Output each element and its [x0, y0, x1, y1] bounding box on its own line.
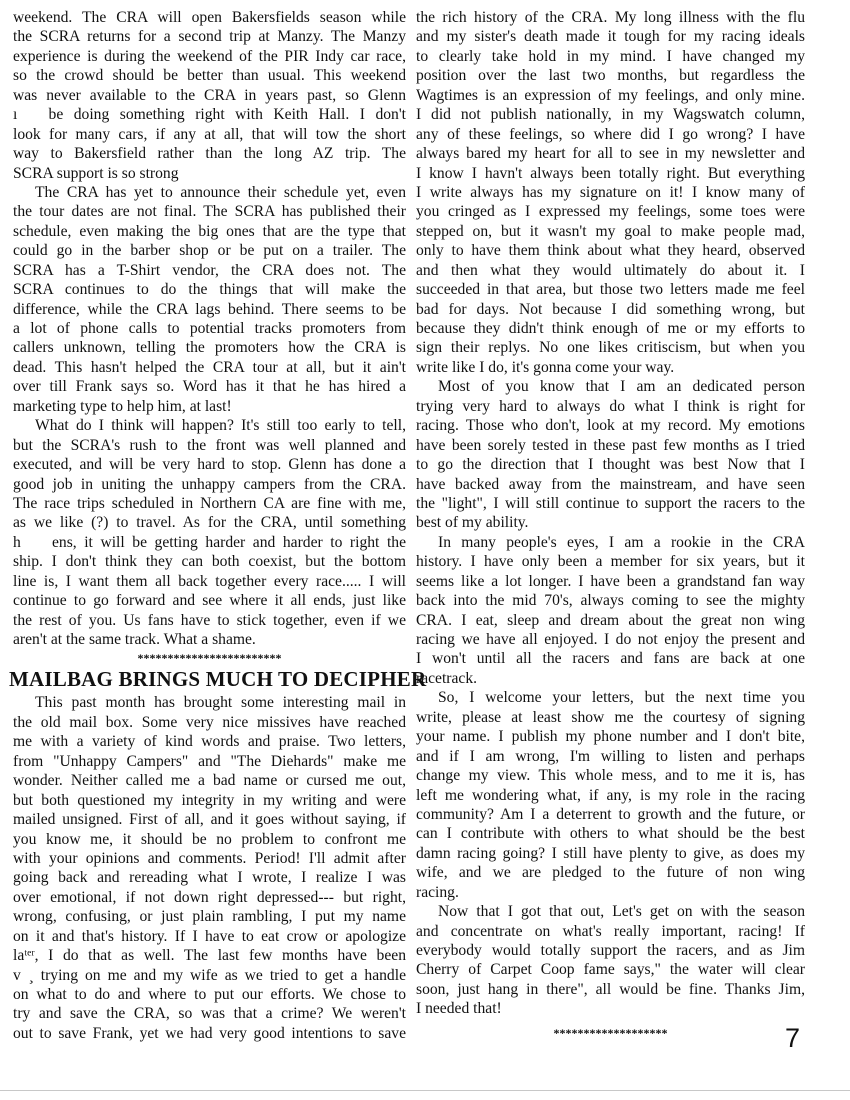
text-line: look for many cars, if any at all, that …	[13, 125, 406, 144]
text-line: difference, while the CRA lags behind. T…	[13, 300, 406, 319]
text-line: position over the last two months, but r…	[416, 66, 805, 85]
text-line: over till Frank says so. Word has it tha…	[13, 377, 406, 396]
text-line: racing. Those who don't, look at my reco…	[416, 416, 805, 435]
text-line: callers unknown, telling the promoters h…	[13, 338, 406, 357]
text-line: marketing type to help him, at last!	[13, 397, 406, 416]
text-line: and concentrate on what's really importa…	[416, 922, 805, 941]
text-line: wife, and we are pledged to the future o…	[416, 863, 805, 882]
text-line: Most of you know that I am an dedicated …	[416, 377, 805, 396]
right-column: the rich history of the CRA. My long ill…	[416, 8, 805, 1042]
text-line: soon, just hang in there", all would be …	[416, 980, 805, 999]
text-line: trying very hard to always do what I thi…	[416, 397, 805, 416]
text-line: the old mail box. Some very nice missive…	[13, 713, 406, 732]
text-line: out to save Frank, yet we had very good …	[13, 1024, 406, 1043]
text-line: ship. I don't think they can both coexis…	[13, 552, 406, 571]
section-heading: MAILBAG BRINGS MUCH TO DECIPHER	[9, 667, 406, 692]
text-line: so the crowd should be better than usual…	[13, 66, 406, 85]
text-line: to go the direction that I thought was b…	[416, 455, 805, 474]
page-number: 7	[785, 1023, 800, 1054]
text-line: I did not publish nationally, in my Wags…	[416, 105, 805, 124]
text-line: bad for days. Not because I did somethin…	[416, 300, 805, 319]
text-line: Wagtimes is an expression of my feelings…	[416, 86, 805, 105]
text-line: continue to go forward and see where it …	[13, 591, 406, 610]
text-line: I won't until all the racers and fans ar…	[416, 649, 805, 668]
text-line: damn racing going? I still have plenty t…	[416, 844, 805, 863]
text-line: left me wondering what, if any, is my ro…	[416, 786, 805, 805]
text-line: ı be doing something right with Keith Ha…	[13, 105, 406, 124]
text-line: best of my ability.	[416, 513, 805, 532]
text-line: Cherry of Carpet Coop fame says," the wa…	[416, 960, 805, 979]
paragraph: the rich history of the CRA. My long ill…	[416, 8, 805, 377]
text-line: and then what they would ultimately do a…	[416, 261, 805, 280]
paragraph: What do I think will happen? It's still …	[13, 416, 406, 649]
text-line: seems like a lot longer. I have been a g…	[416, 572, 805, 591]
text-line: the SCRA returns for a second trip at Ma…	[13, 27, 406, 46]
text-line: racing we have all enjoyed. I do not enj…	[416, 630, 805, 649]
text-line: over emotional, if not down right depres…	[13, 888, 406, 907]
text-line: going back and rereading what I wrote, I…	[13, 868, 406, 887]
text-line: any of these feelings, so where did I go…	[416, 125, 805, 144]
text-line: h ens, it will be getting harder and har…	[13, 533, 406, 552]
text-line: the rich history of the CRA. My long ill…	[416, 8, 805, 27]
text-line: on what to do and where to put our effor…	[13, 985, 406, 1004]
text-line: So, I welcome your letters, but the next…	[416, 688, 805, 707]
text-line: the rest of you. Us fans have to stick t…	[13, 611, 406, 630]
text-line: good job in uniting the unhappy campers …	[13, 475, 406, 494]
text-line: can I contribute with others to what sho…	[416, 824, 805, 843]
text-line: dead. This hasn't helped the CRA tour at…	[13, 358, 406, 377]
text-line: This past month has brought some interes…	[13, 693, 406, 712]
text-line: CRA. I eat, sleep and dream about the gr…	[416, 611, 805, 630]
text-line: In many people's eyes, I am a rookie in …	[416, 533, 805, 552]
text-line: to clearly take hold in my mind. I have …	[416, 47, 805, 66]
paragraph: weekend. The CRA will open Bakersfields …	[13, 8, 406, 183]
paragraph: The CRA has yet to announce their schedu…	[13, 183, 406, 416]
text-line: way to Bakersfield rather than the long …	[13, 144, 406, 163]
text-line: because they didn't think enough of me o…	[416, 319, 805, 338]
text-line: always bared my heart for all to see in …	[416, 144, 805, 163]
text-line: I write always has my signature on it! I…	[416, 183, 805, 202]
text-line: What do I think will happen? It's still …	[13, 416, 406, 435]
text-line: your name. I publish my phone number and…	[416, 727, 805, 746]
text-line: write like I do, it's gonna come your wa…	[416, 358, 805, 377]
text-line: SCRA continues to do the things that wil…	[13, 280, 406, 299]
text-line: v ¸ trying on me and my wife as we tried…	[13, 966, 406, 985]
left-column: weekend. The CRA will open Bakersfields …	[13, 8, 406, 1043]
end-separator: *******************	[416, 1024, 805, 1042]
text-line: experience is during the weekend of the …	[13, 47, 406, 66]
paragraph: Most of you know that I am an dedicated …	[416, 377, 805, 533]
text-line: SCRA support is so strong	[13, 164, 406, 183]
paragraph: Now that I got that out, Let's get on wi…	[416, 902, 805, 1019]
text-line: racetrack.	[416, 669, 805, 688]
text-line: line is, I want them all back together e…	[13, 572, 406, 591]
text-line: aren't at the same track. What a shame.	[13, 630, 406, 649]
text-line: on it and that's history. If I have to e…	[13, 927, 406, 946]
text-line: laᵗᵉʳ, I do that as well. The last few m…	[13, 946, 406, 965]
text-line: you cringed as I expressed my feelings, …	[416, 202, 805, 221]
paragraph: So, I welcome your letters, but the next…	[416, 688, 805, 902]
text-line: and my sister's death made it tough for …	[416, 27, 805, 46]
text-line: have been sorely tested in these past fe…	[416, 436, 805, 455]
text-line: the tour dates are not final. The SCRA h…	[13, 202, 406, 221]
text-line: a lot of phone calls to potential tracks…	[13, 319, 406, 338]
text-line: community? Am I a deterrent to growth an…	[416, 805, 805, 824]
text-line: Now that I got that out, Let's get on wi…	[416, 902, 805, 921]
text-line: only to have them think about what they …	[416, 241, 805, 260]
text-line: the "light", I will still continue to su…	[416, 494, 805, 513]
text-line: The race trips scheduled in Northern CA …	[13, 494, 406, 513]
text-line: racing.	[416, 883, 805, 902]
paragraph: In many people's eyes, I am a rookie in …	[416, 533, 805, 689]
text-line: mailed unsigned. First of all, and it go…	[13, 810, 406, 829]
text-line: history. I have only been a member for s…	[416, 552, 805, 571]
page-edge-rule	[0, 1090, 850, 1091]
text-line: sign their replys. No one likes critisci…	[416, 338, 805, 357]
text-line: change my view. This whole mess, and to …	[416, 766, 805, 785]
text-line: could go in the barber shop or be put on…	[13, 241, 406, 260]
text-line: but both questioned my integrity in my w…	[13, 791, 406, 810]
text-line: and if I am wrong, I'm willing to listen…	[416, 747, 805, 766]
text-line: was never available to the CRA in years …	[13, 86, 406, 105]
text-line: succeeded in that area, but those two le…	[416, 280, 805, 299]
text-line: try and save the CRA, so was that a crim…	[13, 1004, 406, 1023]
text-line: I know I havn't always been totally righ…	[416, 164, 805, 183]
text-line: SCRA has a T-Shirt vendor, the CRA does …	[13, 261, 406, 280]
text-line: executed, and will be very hard to stop.…	[13, 455, 406, 474]
text-line: weekend. The CRA will open Bakersfields …	[13, 8, 406, 27]
text-line: stepped on, but it wasn't my goal to mak…	[416, 222, 805, 241]
text-line: wonder. Neither called me a bad name or …	[13, 771, 406, 790]
text-line: schedule, even making the big ones that …	[13, 222, 406, 241]
text-line: everybody would totally support the race…	[416, 941, 805, 960]
text-line: wrong, confusing, or just plain rambling…	[13, 907, 406, 926]
text-line: me with a variety of kind words and prai…	[13, 732, 406, 751]
text-line: I needed that!	[416, 999, 805, 1018]
section-separator: ************************	[13, 649, 406, 667]
text-line: from "Unhappy Campers" and "The Diehards…	[13, 752, 406, 771]
text-line: as we like (?) to travel. As for the CRA…	[13, 513, 406, 532]
text-line: have backed away from the mainstream, an…	[416, 475, 805, 494]
text-line: with your opinions and comments. Period!…	[13, 849, 406, 868]
paragraph: This past month has brought some interes…	[13, 693, 406, 1043]
text-line: The CRA has yet to announce their schedu…	[13, 183, 406, 202]
text-line: write, please at least show me the court…	[416, 708, 805, 727]
text-line: but the SCRA's rush to the front was wel…	[13, 436, 406, 455]
text-line: you know me, it should be no problem to …	[13, 830, 406, 849]
text-line: back into the mid 70's, always coming to…	[416, 591, 805, 610]
